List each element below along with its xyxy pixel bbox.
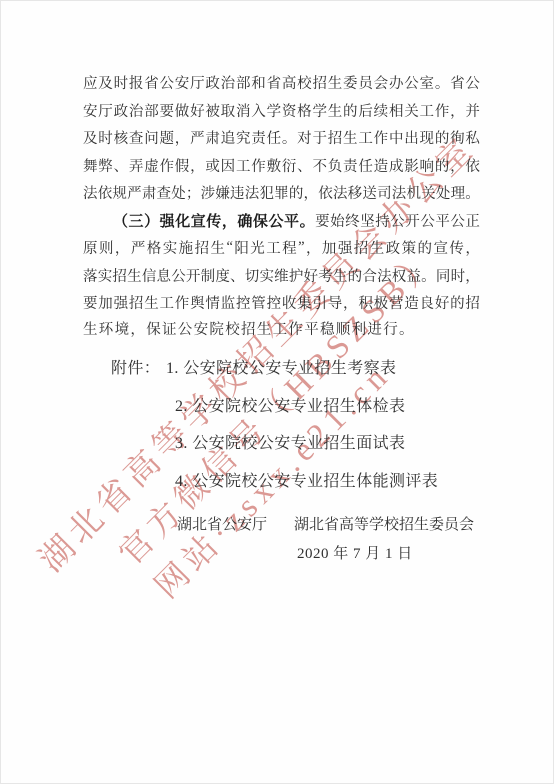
signature-org-1: 湖北省公安厅: [177, 515, 267, 535]
document-page: 湖北省高等学校招生委员会办公室 官方微信号（HBSZSB） 网站·zsxx.e2…: [0, 0, 554, 784]
signature-block: 湖北省公安厅 湖北省高等学校招生委员会 2020 年 7 月 1 日: [1, 1, 553, 783]
signature-date: 2020 年 7 月 1 日: [297, 544, 413, 564]
signature-org-2: 湖北省高等学校招生委员会: [294, 515, 474, 535]
